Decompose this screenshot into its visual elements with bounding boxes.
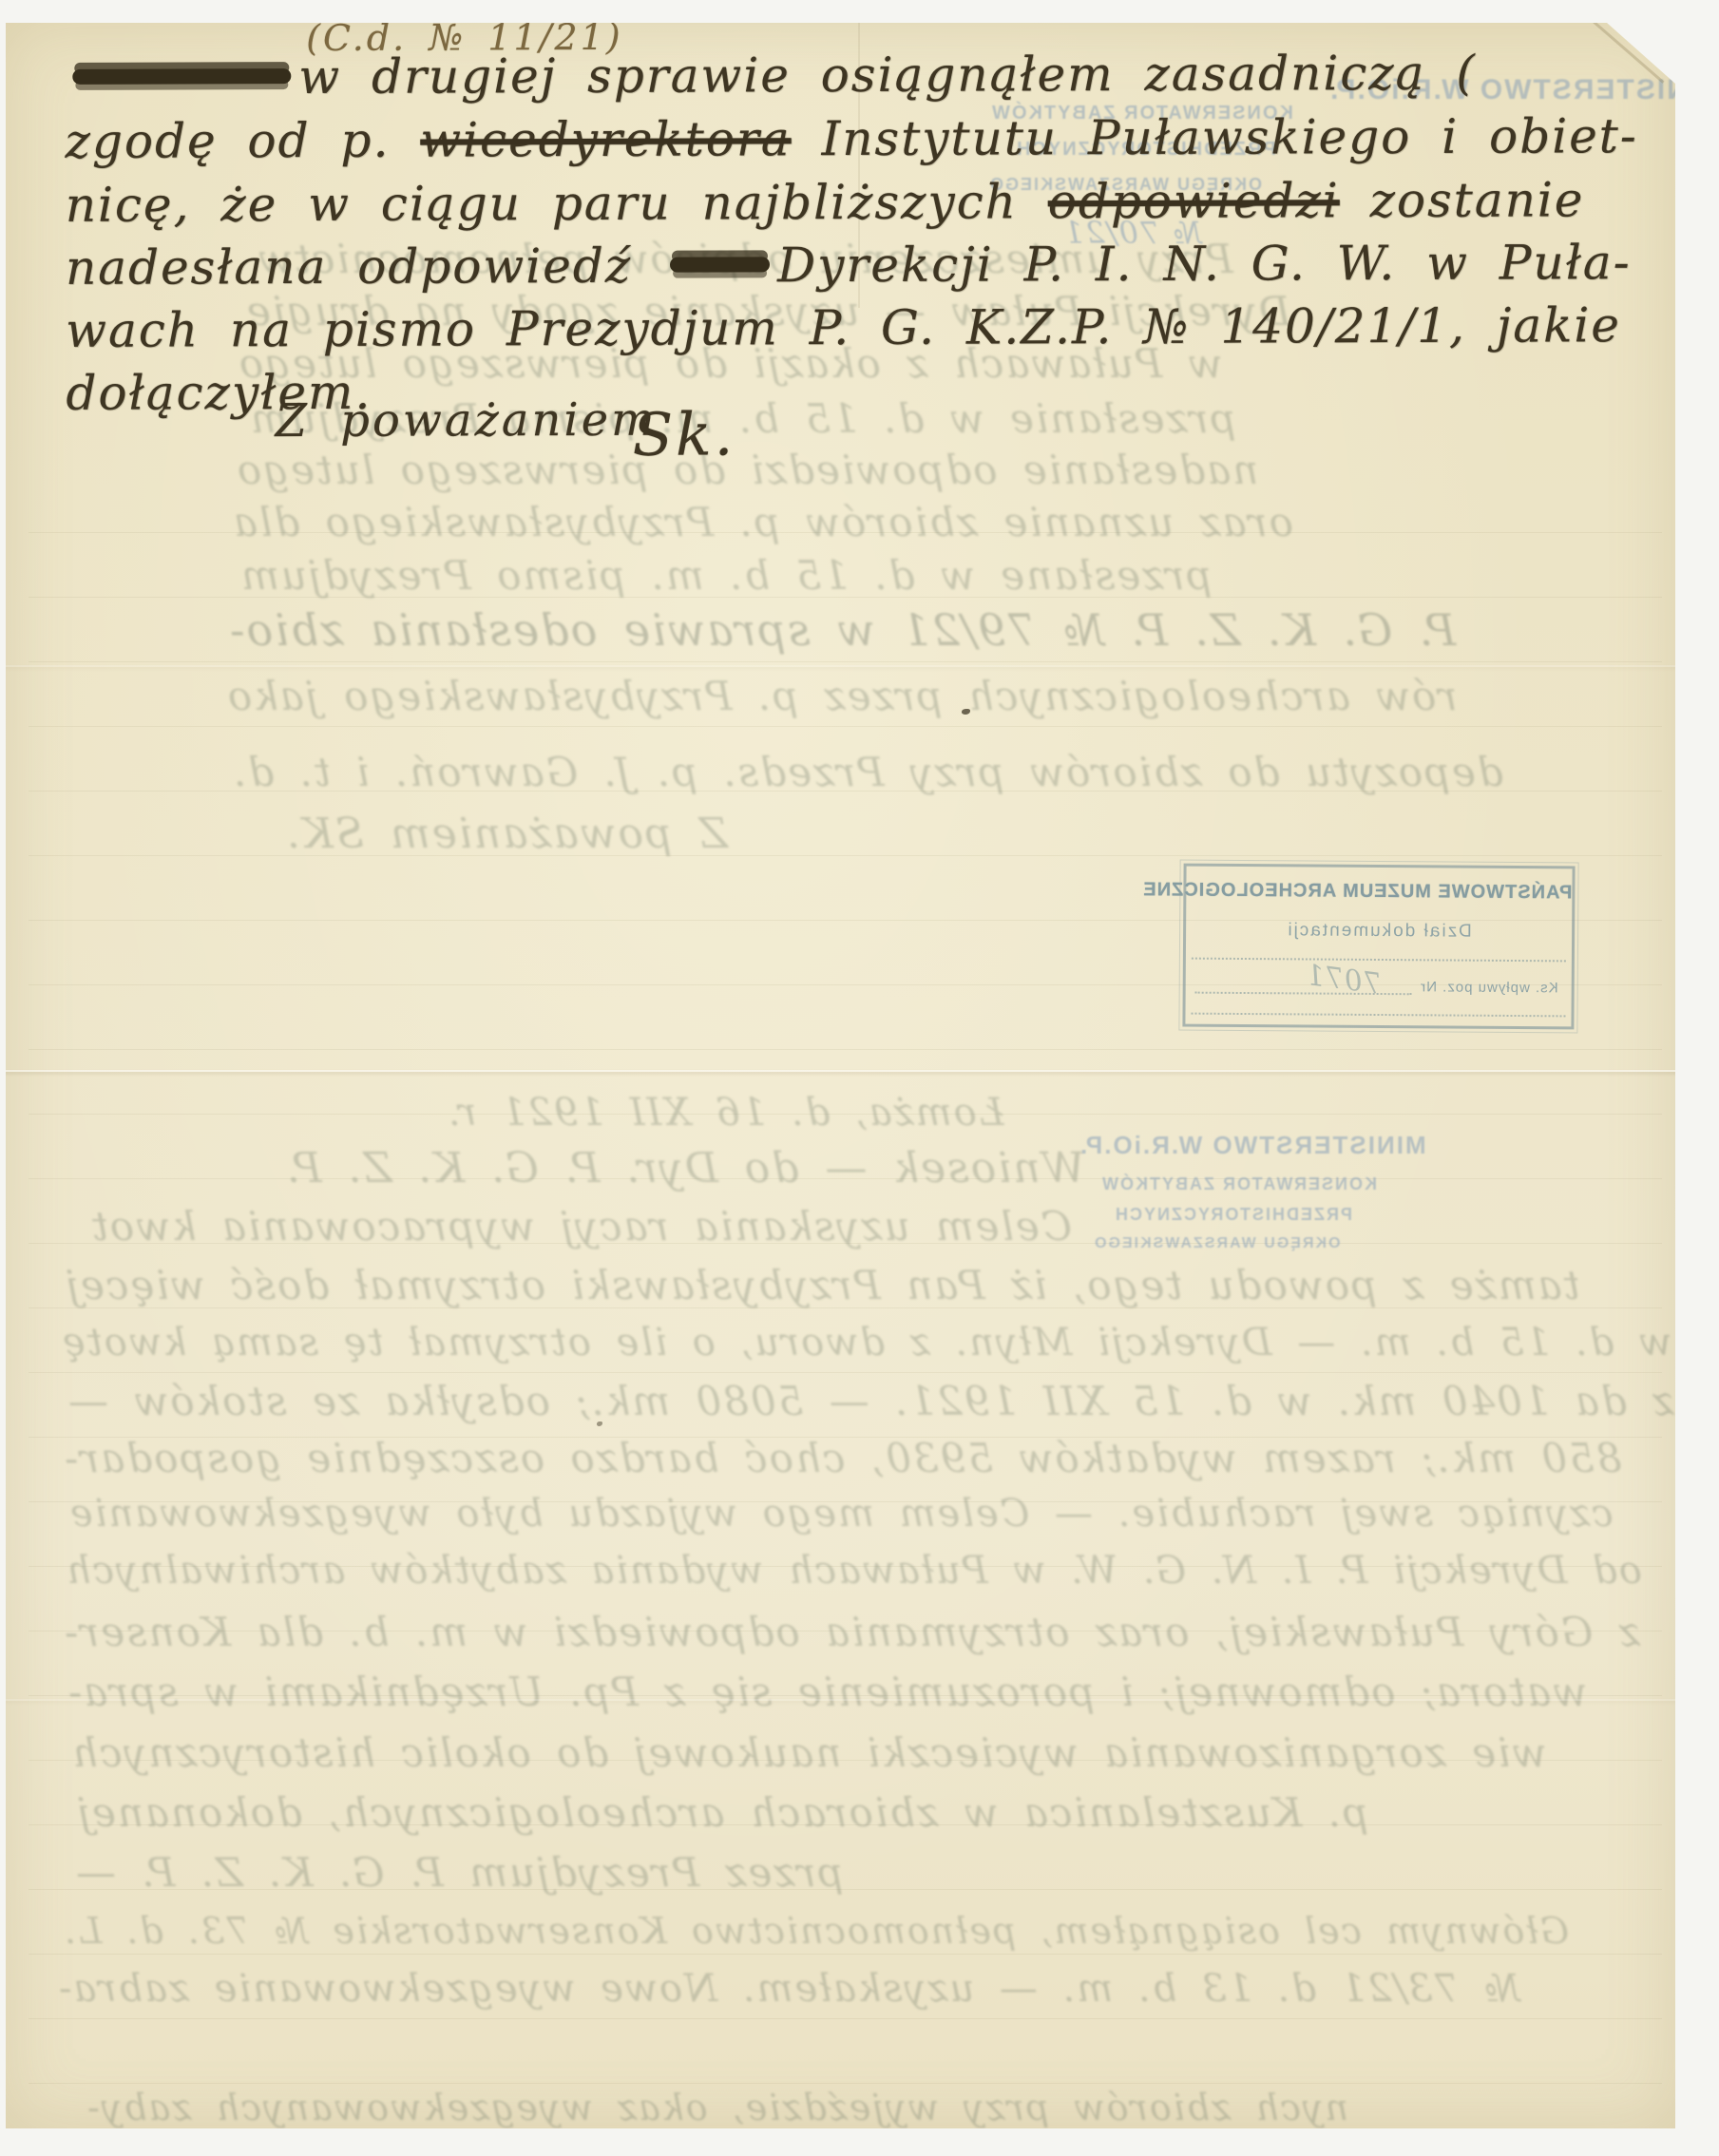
ink-layer: (C.d. № 11/21) w drugiej sprawie osiągną… bbox=[6, 23, 1675, 2128]
handwritten-line: nadesłana odpowiedź Dyrekcji P. I. N. G.… bbox=[66, 235, 1632, 296]
signature: Sk. bbox=[633, 399, 736, 468]
scanned-letter-page: Przy umieszczeniu odpisów pełnomocnictwD… bbox=[0, 0, 1719, 2156]
scribble-redaction bbox=[670, 257, 770, 272]
paper-content: Przy umieszczeniu odpisów pełnomocnictwD… bbox=[6, 23, 1675, 2128]
handwritten-line: w drugiej sprawie osiągnąłem zasadniczą … bbox=[65, 46, 1477, 105]
scribble-redaction bbox=[72, 68, 291, 85]
handwritten-line: nicę, że w ciągu paru najbliższych odpow… bbox=[66, 172, 1585, 233]
handwritten-text: Dyrekcji P. I. N. G. W. w Puła- bbox=[777, 235, 1632, 293]
handwritten-text: zgodę od p. bbox=[65, 113, 420, 169]
handwritten-line: wach na pismo Prezydjum P. G. K.Z.P. № 1… bbox=[66, 297, 1621, 358]
strikethrough-text: wicedyrektora bbox=[420, 111, 792, 167]
handwritten-text: w drugiej sprawie osiągnąłem zasadniczą … bbox=[298, 46, 1477, 105]
handwritten-text: wach na pismo Prezydjum P. G. K.Z.P. № 1… bbox=[66, 297, 1621, 358]
handwritten-text: zostanie bbox=[1340, 172, 1585, 228]
closing-phrase: Z poważaniem bbox=[275, 393, 657, 448]
handwritten-line: zgodę od p. wicedyrektora Instytutu Puła… bbox=[65, 108, 1637, 169]
handwritten-text: nicę, że w ciągu paru najbliższych bbox=[66, 174, 1048, 233]
strikethrough-text: odpowiedzi bbox=[1048, 173, 1340, 229]
handwritten-text: nadesłana odpowiedź bbox=[66, 238, 662, 296]
handwritten-text: Instytutu Puławskiego i obiet- bbox=[792, 108, 1638, 166]
paper-sheet: Przy umieszczeniu odpisów pełnomocnictwD… bbox=[6, 23, 1675, 2128]
